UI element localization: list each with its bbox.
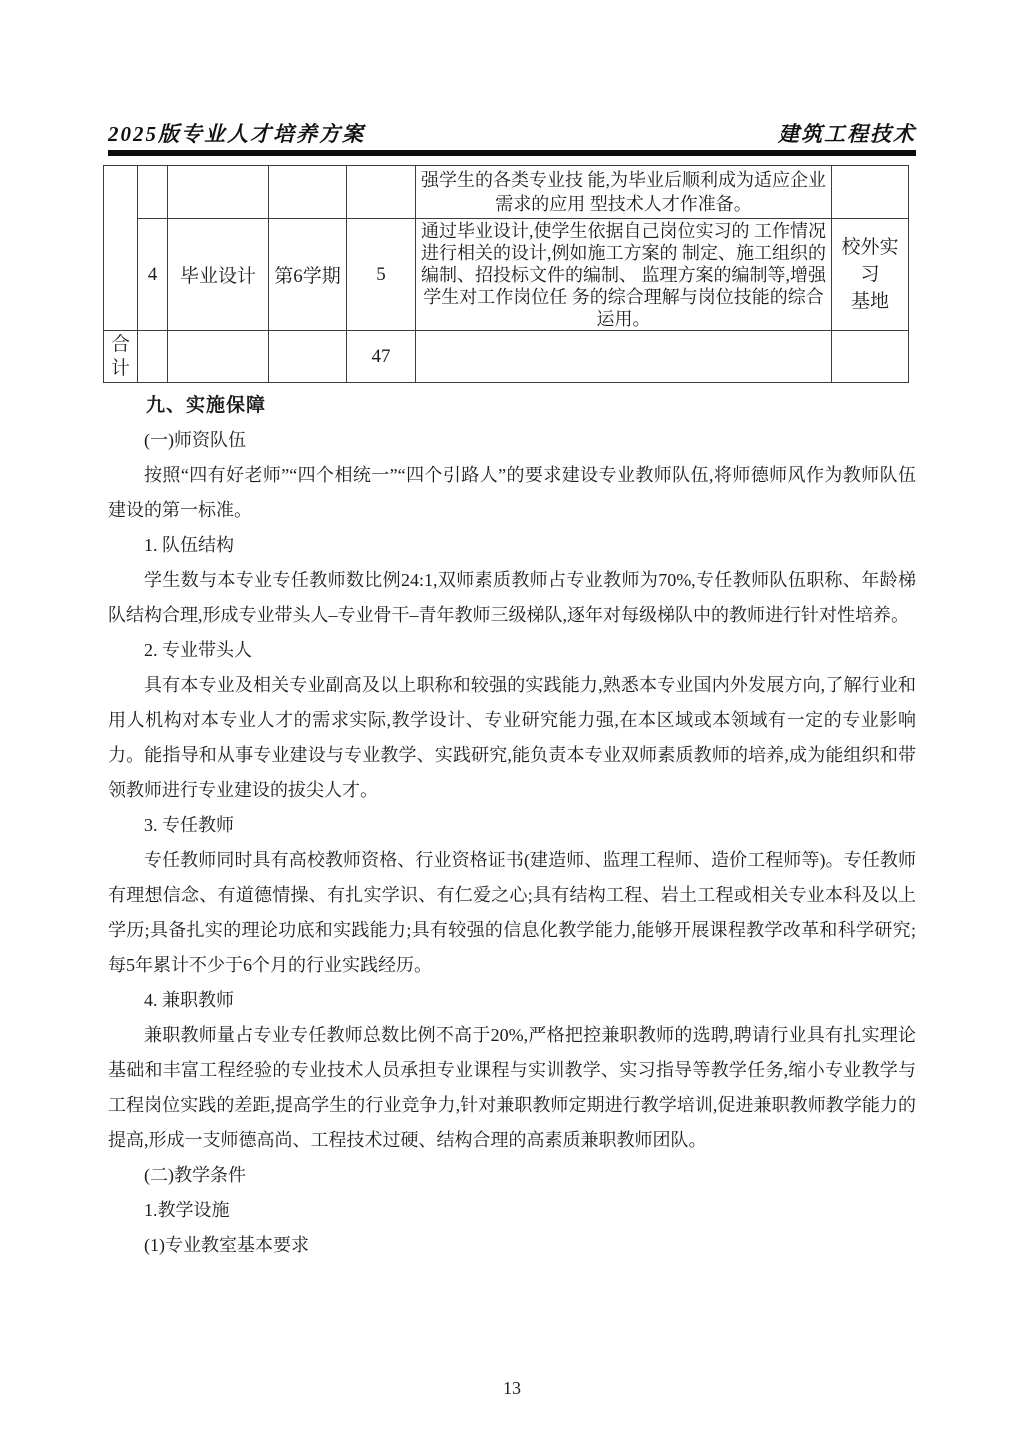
course-semester-cell: 第6学期 — [269, 219, 347, 331]
empty-cell — [269, 166, 347, 219]
table-row-course: 4 毕业设计 第6学期 5 通过毕业设计,使学生依据自己岗位实习的 工作情况进行… — [104, 219, 909, 331]
header-right-title: 建筑工程技术 — [778, 118, 916, 148]
page-header: 2025版专业人才培养方案 建筑工程技术 — [108, 118, 916, 148]
empty-cell — [832, 166, 909, 219]
carryover-description-cell: 强学生的各类专业技 能,为毕业后顺利成为适应企业需求的应用 型技术人才作准备。 — [416, 166, 832, 219]
course-location-cell: 校外实 习 基地 — [832, 219, 909, 331]
subsection-teaching-facilities: 1.教学设施 — [108, 1193, 916, 1228]
table-row-total: 合计 47 — [104, 331, 909, 383]
section-heading-implementation: 九、实施保障 — [108, 388, 916, 423]
course-number-cell: 4 — [138, 219, 168, 331]
empty-cell — [168, 166, 269, 219]
header-left-title: 2025版专业人才培养方案 — [108, 118, 365, 148]
empty-cell — [138, 331, 168, 383]
body-text: 九、实施保障 (一)师资队伍 按照“四有好老师”“四个相统一”“四个引路人”的要… — [108, 388, 916, 1263]
total-label-cell: 合计 — [104, 331, 138, 383]
subsection-fulltime-teachers: 3. 专任教师 — [108, 808, 916, 843]
empty-cell — [269, 331, 347, 383]
subsection-classroom-requirements: (1)专业教室基本要求 — [108, 1228, 916, 1263]
subsection-parttime-teachers: 4. 兼职教师 — [108, 983, 916, 1018]
paragraph-fulltime-teachers: 专任教师同时具有高校教师资格、行业资格证书(建造师、监理工程师、造价工程师等)。… — [108, 843, 916, 983]
page-number: 13 — [0, 1378, 1024, 1399]
table-row-carryover: 强学生的各类专业技 能,为毕业后顺利成为适应企业需求的应用 型技术人才作准备。 — [104, 166, 909, 219]
subsection-team-structure: 1. 队伍结构 — [108, 528, 916, 563]
paragraph-intro: 按照“四有好老师”“四个相统一”“四个引路人”的要求建设专业教师队伍,将师德师风… — [108, 458, 916, 528]
paragraph-parttime-teachers: 兼职教师量占专业专任教师总数比例不高于20%,严格把控兼职教师的选聘,聘请行业具… — [108, 1018, 916, 1158]
empty-cell — [168, 331, 269, 383]
total-credits-cell: 47 — [347, 331, 416, 383]
subsection-faculty: (一)师资队伍 — [108, 423, 916, 458]
empty-cell — [416, 331, 832, 383]
paragraph-program-leader: 具有本专业及相关专业副高及以上职称和较强的实践能力,熟悉本专业国内外发展方向,了… — [108, 668, 916, 808]
course-description-cell: 通过毕业设计,使学生依据自己岗位实习的 工作情况进行相关的设计,例如施工方案的 … — [416, 219, 832, 331]
course-name-cell: 毕业设计 — [168, 219, 269, 331]
paragraph-team-structure: 学生数与本专业专任教师数比例24:1,双师素质教师占专业教师为70%,专任教师队… — [108, 563, 916, 633]
document-page: 2025版专业人才培养方案 建筑工程技术 强学生的各类专业技 能,为毕业后顺利成… — [0, 0, 1024, 1448]
empty-cell — [347, 166, 416, 219]
empty-cell — [104, 166, 138, 331]
curriculum-table: 强学生的各类专业技 能,为毕业后顺利成为适应企业需求的应用 型技术人才作准备。 … — [103, 165, 909, 383]
course-credits-cell: 5 — [347, 219, 416, 331]
empty-cell — [138, 166, 168, 219]
header-double-rule — [108, 150, 916, 156]
subsection-teaching-conditions: (二)教学条件 — [108, 1158, 916, 1193]
subsection-program-leader: 2. 专业带头人 — [108, 633, 916, 668]
empty-cell — [832, 331, 909, 383]
